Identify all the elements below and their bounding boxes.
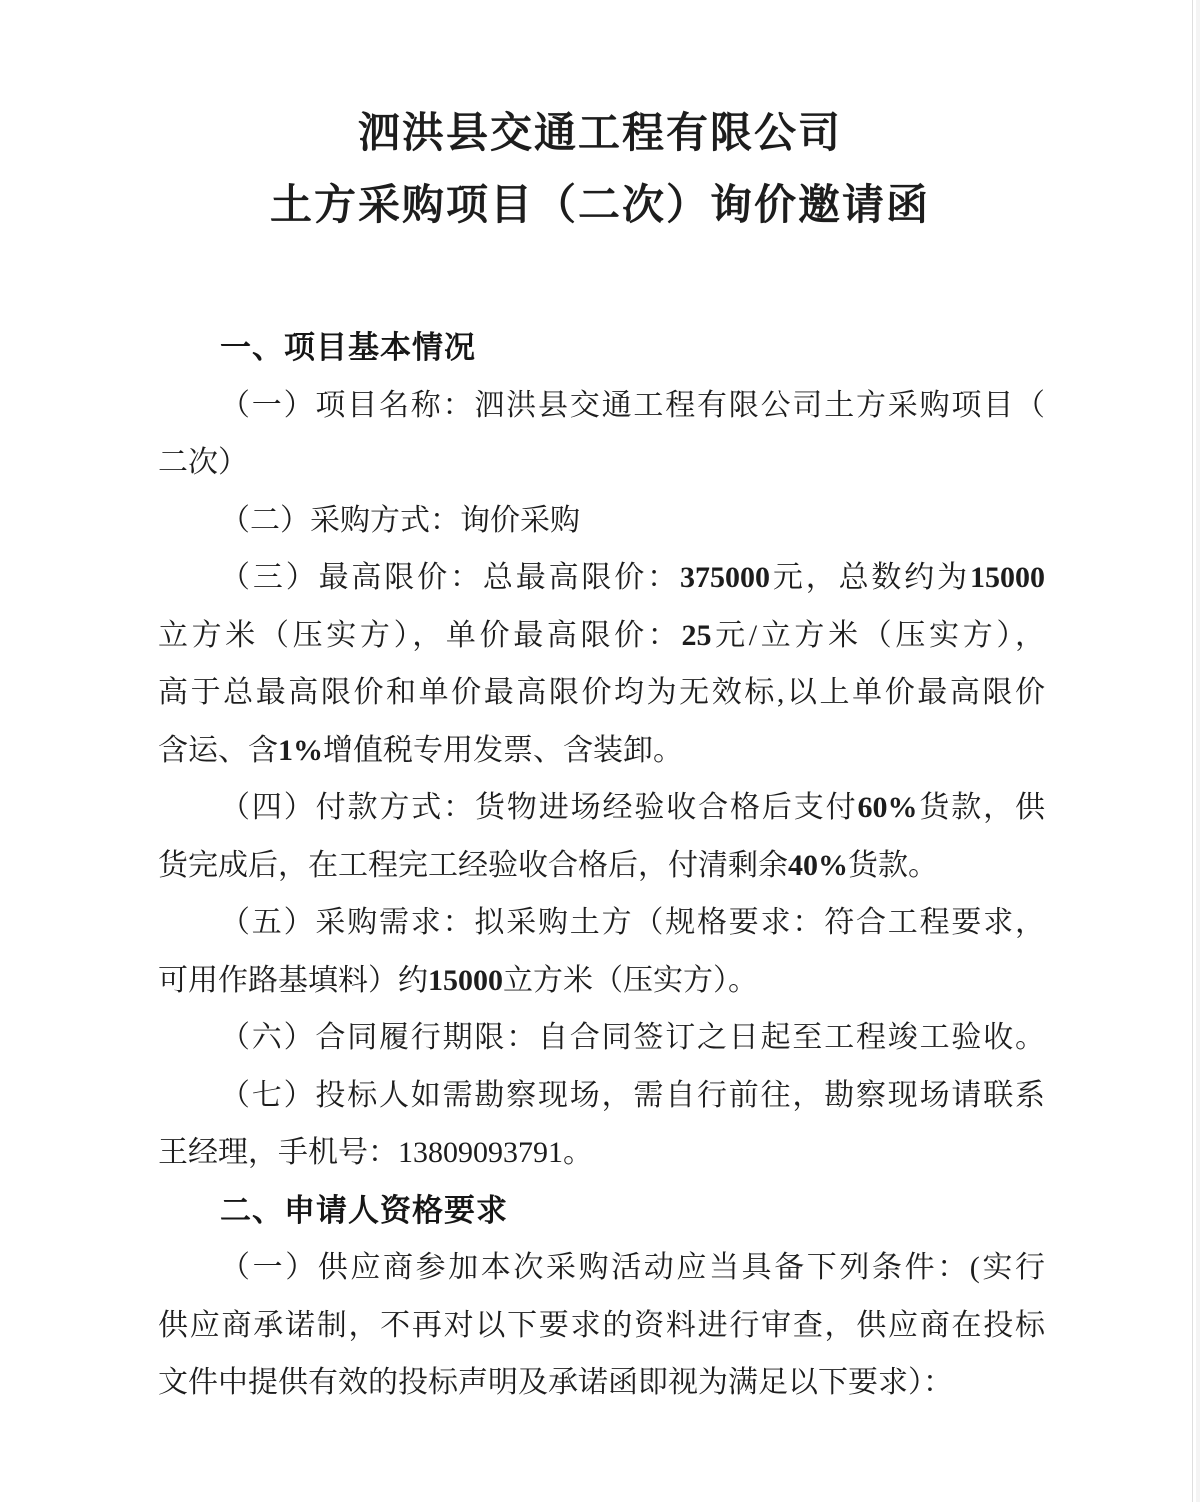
text-line: 货完成后，在工程完工经验收合格后，付清剩余40%货款。 — [158, 837, 1045, 895]
text-line: 二次） — [158, 434, 1045, 492]
text-segment: （一）供应商参加本次采购活动应当具备下列条件：(实行 — [220, 1251, 1045, 1284]
text-line: （四）付款方式：货物进场经验收合格后支付60%货款，供 — [158, 779, 1045, 837]
text-line: 可用作路基填料）约15000立方米（压实方）。 — [158, 952, 1045, 1010]
emphasized-number: 15000 — [428, 964, 503, 997]
text-line: （三）最高限价：总最高限价：375000元，总数约为15000 — [158, 549, 1045, 607]
text-segment: 供应商承诺制，不再对以下要求的资料进行审查，供应商在投标 — [158, 1309, 1045, 1342]
section-heading: 二、申请人资格要求 — [158, 1182, 1045, 1240]
text-segment: （一）项目名称：泗洪县交通工程有限公司土方采购项目（ — [220, 389, 1045, 422]
text-line: 立方米（压实方），单价最高限价：25元/立方米（压实方）， — [158, 607, 1045, 665]
text-segment: 货款，供 — [918, 791, 1046, 824]
document-page: 泗洪县交通工程有限公司 土方采购项目（二次）询价邀请函 一、项目基本情况（一）项… — [0, 0, 1200, 1502]
text-line: （二）采购方式：询价采购 — [158, 492, 1045, 550]
text-line: （五）采购需求：拟采购土方（规格要求：符合工程要求， — [158, 894, 1045, 952]
text-line: 供应商承诺制，不再对以下要求的资料进行审查，供应商在投标 — [158, 1297, 1045, 1355]
page-edge-line — [1192, 0, 1193, 1502]
text-segment: 王经理，手机号：13809093791。 — [158, 1136, 593, 1169]
text-segment: （五）采购需求：拟采购土方（规格要求：符合工程要求， — [220, 906, 1045, 939]
text-segment: 二次） — [158, 446, 248, 479]
text-segment: （四）付款方式：货物进场经验收合格后支付 — [220, 791, 858, 824]
emphasized-number: 40% — [788, 849, 848, 882]
page-edge-strip — [1196, 0, 1200, 1502]
text-segment: （二）采购方式：询价采购 — [220, 504, 580, 537]
text-line: 高于总最高限价和单价最高限价均为无效标,以上单价最高限价 — [158, 664, 1045, 722]
text-segment: 元，总数约为 — [770, 561, 970, 594]
document-body: 一、项目基本情况（一）项目名称：泗洪县交通工程有限公司土方采购项目（二次）（二）… — [0, 319, 1200, 1412]
document-title: 泗洪县交通工程有限公司 土方采购项目（二次）询价邀请函 — [0, 0, 1200, 242]
text-segment: 文件中提供有效的投标声明及承诺函即视为满足以下要求）： — [158, 1366, 953, 1399]
emphasized-number: 375000 — [680, 561, 770, 594]
text-segment: 含运、含 — [158, 734, 278, 767]
text-segment: 可用作路基填料）约 — [158, 964, 428, 997]
text-line: （一）供应商参加本次采购活动应当具备下列条件：(实行 — [158, 1239, 1045, 1297]
section-heading: 一、项目基本情况 — [158, 319, 1045, 377]
text-segment: （六）合同履行期限：自合同签订之日起至工程竣工验收。 — [220, 1021, 1045, 1054]
text-line: 含运、含1%增值税专用发票、含装卸。 — [158, 722, 1045, 780]
emphasized-number: 15000 — [970, 561, 1045, 594]
emphasized-number: 60% — [858, 791, 918, 824]
emphasized-number: 25 — [681, 619, 711, 652]
emphasized-number: 1% — [278, 734, 323, 767]
text-segment: 元/立方米（压实方）， — [711, 619, 1045, 652]
text-line: 王经理，手机号：13809093791。 — [158, 1124, 1045, 1182]
text-segment: 立方米（压实方）。 — [503, 964, 758, 997]
text-segment: 立方米（压实方），单价最高限价： — [158, 619, 681, 652]
text-segment: 增值税专用发票、含装卸。 — [323, 734, 683, 767]
text-segment: （三）最高限价：总最高限价： — [220, 561, 680, 594]
text-line: （七）投标人如需勘察现场，需自行前往，勘察现场请联系 — [158, 1067, 1045, 1125]
text-segment: 货完成后，在工程完工经验收合格后，付清剩余 — [158, 849, 788, 882]
text-line: （一）项目名称：泗洪县交通工程有限公司土方采购项目（ — [158, 377, 1045, 435]
document-title-line2: 土方采购项目（二次）询价邀请函 — [0, 170, 1200, 242]
text-segment: 高于总最高限价和单价最高限价均为无效标,以上单价最高限价 — [158, 676, 1045, 709]
document-title-line1: 泗洪县交通工程有限公司 — [0, 98, 1200, 170]
text-line: （六）合同履行期限：自合同签订之日起至工程竣工验收。 — [158, 1009, 1045, 1067]
text-segment: 货款。 — [848, 849, 938, 882]
text-line: 文件中提供有效的投标声明及承诺函即视为满足以下要求）： — [158, 1354, 1045, 1412]
text-segment: （七）投标人如需勘察现场，需自行前往，勘察现场请联系 — [220, 1079, 1045, 1112]
